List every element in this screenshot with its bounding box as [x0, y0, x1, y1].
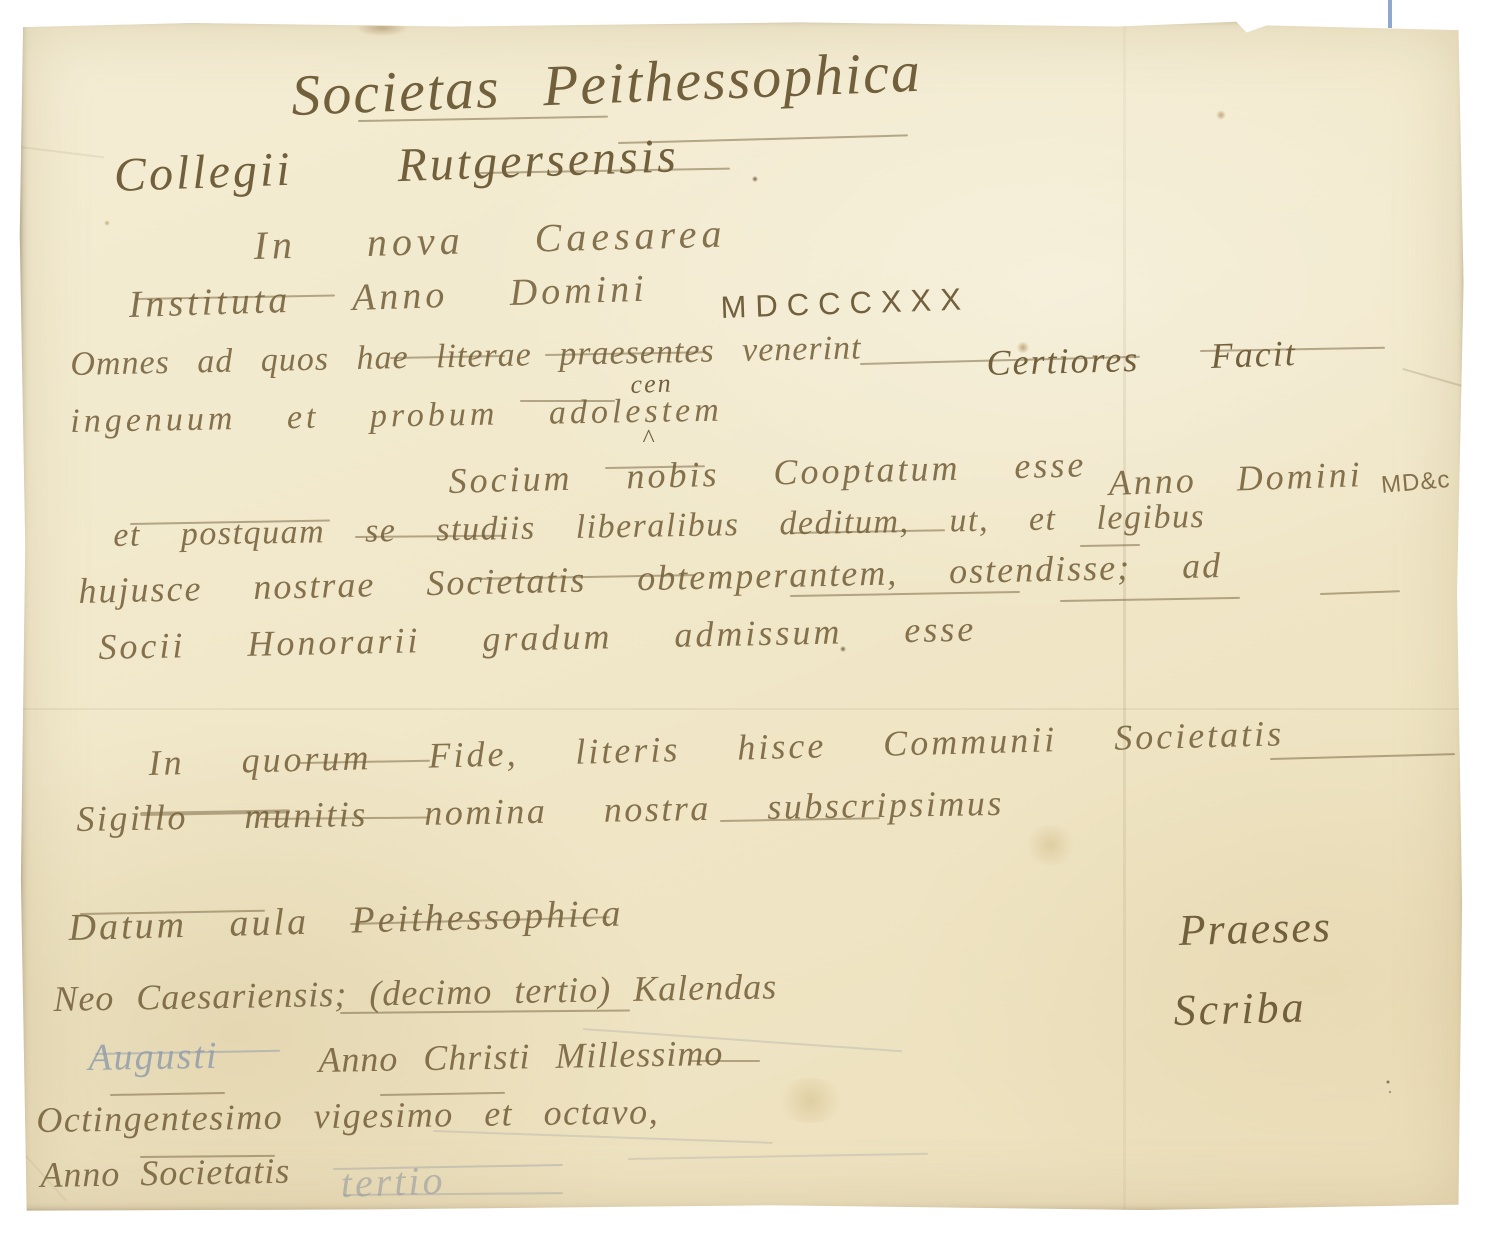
anno-domini-year: MD&c	[1380, 466, 1452, 500]
ink-strike	[1270, 753, 1455, 760]
ink-layer: Societas Peithessophica Collegii Rutgers…	[18, 20, 1465, 1213]
in-fide-line: In quorum Fide, literis hisce Communii S…	[148, 712, 1285, 784]
manuscript-paper: Societas Peithessophica Collegii Rutgers…	[18, 20, 1465, 1213]
ink-strike	[110, 1092, 225, 1096]
anno-christi-line: Anno Christi Millessimo	[318, 1032, 724, 1081]
ink-strike	[520, 400, 615, 402]
interlinear-insertion: cen	[630, 369, 673, 400]
society-year-pencil-word: tertio	[340, 1156, 446, 1207]
studies-line: et postquam se studiis liberalibus dedit…	[113, 498, 1205, 555]
ink-strike	[1060, 597, 1240, 602]
anno-domini-words: Anno Domini	[1108, 453, 1363, 504]
cooptation-line: Socium nobis Cooptatum esse	[448, 443, 1087, 502]
title-place: In nova Caesarea	[253, 210, 727, 269]
insertion-caret-mark: ^	[642, 424, 653, 454]
year-words-line: Octingentesimo vigesimo et octavo,	[36, 1090, 659, 1141]
praeses-signature-label: Praeses	[1178, 901, 1333, 956]
blue-edge-mark	[1388, 0, 1392, 28]
scanned-document-page: Societas Peithessophica Collegii Rutgers…	[0, 0, 1500, 1241]
obedience-line: hujusce nostrae Societatis obtemperantem…	[78, 544, 1223, 612]
datum-line: Datum aula Peithessophica	[68, 891, 624, 950]
graphite-smudge-line	[628, 1153, 928, 1160]
candidate-line: ingenuum et probum adolestem	[70, 392, 723, 441]
instituted-year-roman-numeral: MDCCCXXX	[720, 281, 971, 326]
honorary-grade-line: Socii Honorarii gradum admissum esse	[98, 608, 977, 668]
facit-word: Facit	[1210, 332, 1297, 377]
month-pencil-word: Augusti	[88, 1034, 219, 1080]
scriba-signature-label: Scriba	[1173, 982, 1307, 1036]
title-college: Collegii Rutgersensis	[113, 128, 680, 203]
ink-strike	[1320, 590, 1400, 595]
ink-dash	[690, 1060, 760, 1062]
